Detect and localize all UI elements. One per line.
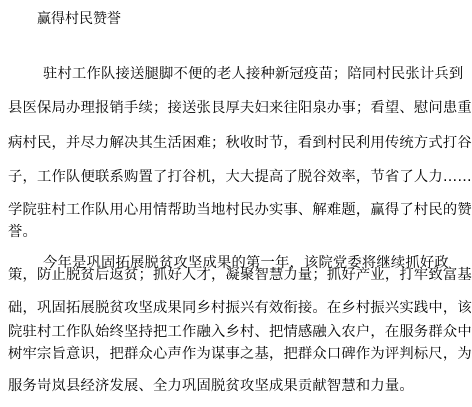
paragraph-line: 学院驻村工作队用心用情帮助当地村民办实事、解难题，赢得了村民的赞	[8, 202, 472, 218]
paragraph-line: 础，巩固拓展脱贫攻坚成果同乡村振兴有效衔接。在乡村振兴实践中，该	[8, 300, 472, 316]
paragraph-line: 县医保局办理报销手续；接送张艮厚夫妇来往阳泉办事；看望、慰问患重	[8, 100, 472, 116]
paragraph-line: 院驻村工作队始终坚持把工作融入乡村、把情感融入农户，在服务群众中	[8, 324, 472, 340]
paragraph-line: 策，防止脱贫后返贫；抓好人才，凝聚智慧力量；抓好产业，打牢致富基	[8, 267, 472, 283]
paragraph-line: 病村民，并尽力解决其生活困难；秋收时节，看到村民利用传统方式打谷	[8, 135, 472, 151]
article-title: 赢得村民赞誉	[37, 11, 121, 27]
paragraph-line: 服务岢岚县经济发展、全力巩固脱贫攻坚成果贡献智慧和力量。	[8, 378, 414, 394]
paragraph-line: 驻村工作队接送腿脚不便的老人接种新冠疫苗；陪同村民张计兵到	[43, 66, 463, 82]
paragraph-line: 子，工作队便联系购置了打谷机，大大提高了脱谷效率，节省了人力……	[8, 169, 472, 185]
paragraph-line: 誉。	[8, 224, 37, 240]
paragraph-line: 树牢宗旨意识，把群众心声作为谋事之基，把群众口碑作为评判标尺，为	[8, 346, 472, 362]
